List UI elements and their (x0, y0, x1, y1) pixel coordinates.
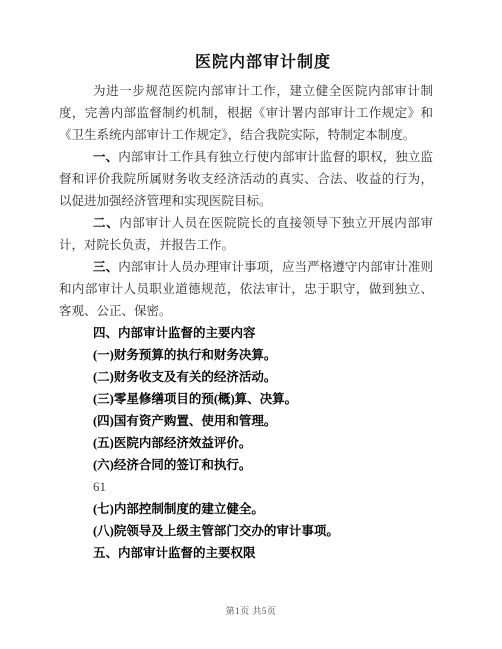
document-body: 为进一步规范医院内部审计工作，建立健全医院内部审计制度，完善内部监督制约机制，根… (59, 80, 433, 564)
paragraph: 一、内部审计工作具有独立行使内部审计监督的职权，独立监督和评价我院所属财务收支经… (59, 146, 433, 212)
page-footer: 第1页 共5页 (0, 604, 502, 618)
heading-paragraph: 五、内部审计监督的主要权限 (59, 542, 433, 564)
document-text-block: 医院内部审计制度 为进一步规范医院内部审计工作，建立健全医院内部审计制度，完善内… (59, 50, 433, 564)
page-number-artifact: 61 (59, 476, 433, 498)
heading-paragraph: (三)零星修缮项目的预(概)算、决算。 (59, 388, 433, 410)
heading-paragraph: (八)院领导及上级主管部门交办的审计事项。 (59, 520, 433, 542)
heading-paragraph: (一)财务预算的执行和财务决算。 (59, 344, 433, 366)
paragraph: 为进一步规范医院内部审计工作，建立健全医院内部审计制度，完善内部监督制约机制，根… (59, 80, 433, 146)
paragraph: 二、内部审计人员在医院院长的直接领导下独立开展内部审计，对院长负责，并报告工作。 (59, 212, 433, 256)
paragraph-lead: 二、 (93, 216, 119, 230)
heading-paragraph: (五)医院内部经济效益评价。 (59, 432, 433, 454)
heading-paragraph: (六)经济合同的签订和执行。 (59, 454, 433, 476)
heading-paragraph: (二)财务收支及有关的经济活动。 (59, 366, 433, 388)
heading-paragraph: 四、内部审计监督的主要内容 (59, 322, 433, 344)
heading-paragraph: (四)国有资产购置、使用和管理。 (59, 410, 433, 432)
heading-paragraph: (七)内部控制制度的建立健全。 (59, 498, 433, 520)
paragraph: 三、内部审计人员办理审计事项，应当严格遵守内部审计准则和内部审计人员职业道德规范… (59, 256, 433, 322)
paragraph-lead: 一、 (93, 150, 118, 164)
paragraph-lead: 三、 (93, 260, 118, 274)
document-page: 医院内部审计制度 为进一步规范医院内部审计工作，建立健全医院内部审计制度，完善内… (0, 0, 502, 649)
document-title: 医院内部审计制度 (59, 50, 433, 76)
